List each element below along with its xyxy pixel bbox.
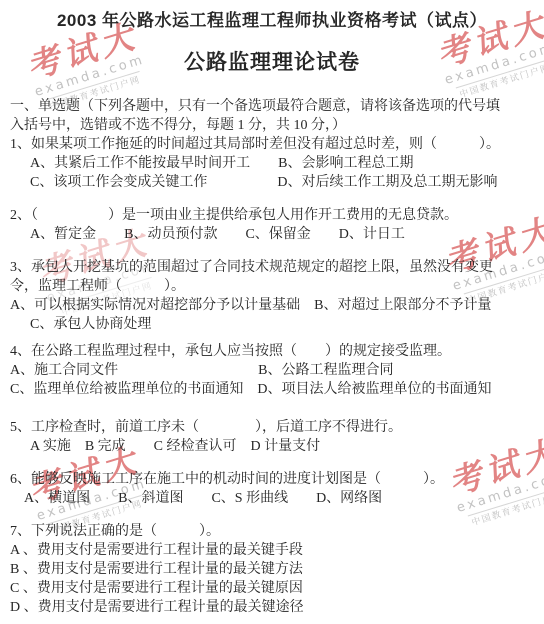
question-4-options: C、监理单位给被监理单位的书面通知 D、项目法人给被监理单位的书面通知 (10, 380, 534, 399)
exam-paper-page: 考试大 examda.com 中国教育考试门户网 考试大 examda.com … (0, 0, 544, 624)
question-2-stem: 2、（ ）是一项由业主提供给承包人用作开工费用的无息贷款。 (10, 206, 534, 225)
question-7-options: D 、费用支付是需要进行工程计量的最关键途径 (10, 598, 534, 617)
question-4-stem: 4、在公路工程监理过程中，承包人应当按照（ ）的规定接受监理。 (10, 342, 534, 361)
document-content: 2003 年公路水运工程监理工程师执业资格考试（试点） 公路监理理论试卷 一、单… (0, 6, 544, 617)
question-7-stem: 7、下列说法正确的是（ ）。 (10, 522, 534, 541)
question-5-stem: 5、工序检查时，前道工序未（ ），后道工序不得进行。 (10, 418, 534, 437)
question-6-stem: 6、能够反映施工工序在施工中的机动时间的进度计划图是（ ）。 (10, 470, 534, 489)
paper-subtitle: 公路监理理论试卷 (10, 46, 534, 76)
section-instructions-line: 一、单选题（下列各题中，只有一个备选项最符合题意，请将该备选项的代号填 (10, 97, 534, 116)
question-2-options: A、暂定金 B、动员预付款 C、保留金 D、计日工 (10, 225, 534, 244)
question-3-stem: 令，监理工程师（ ）。 (10, 277, 534, 296)
section-instructions-line: 入括号中，选错或不选不得分，每题 1 分，共 10 分，） (10, 116, 534, 135)
exam-title: 2003 年公路水运工程监理工程师执业资格考试（试点） (10, 6, 534, 31)
question-body: 一、单选题（下列各题中，只有一个备选项最符合题意，请将该备选项的代号填 入括号中… (10, 97, 534, 617)
question-7-options: B 、费用支付是需要进行工程计量的最关键方法 (10, 560, 534, 579)
question-7-options: A 、费用支付是需要进行工程计量的最关键手段 (10, 541, 534, 560)
question-1-options: C、该项工作会变成关键工作 D、对后续工作工期及总工期无影响 (10, 173, 534, 192)
question-3-stem: 3、承包人开挖基坑的范围超过了合同技术规范规定的超挖上限，虽然没有变更 (10, 258, 534, 277)
question-6-options: A、横道图 B、斜道图 C、S 形曲线 D、网络图 (10, 489, 534, 508)
question-1-stem: 1、如果某项工作拖延的时间超过其局部时差但没有超过总时差，则（ ）。 (10, 135, 534, 154)
question-1-options: A、其紧后工作不能按最早时间开工 B、会影响工程总工期 (10, 154, 534, 173)
question-4-options: A、施工合同文件 B、公路工程监理合同 (10, 361, 534, 380)
question-3-options: A、可以根据实际情况对超挖部分予以计量基础 B、对超过上限部分不予计量 (10, 296, 534, 315)
question-3-options: C、承包人协商处理 (10, 315, 534, 334)
question-5-options: A 实施 B 完成 C 经检查认可 D 计量支付 (10, 437, 534, 456)
question-7-options: C 、费用支付是需要进行工程计量的最关键原因 (10, 579, 534, 598)
